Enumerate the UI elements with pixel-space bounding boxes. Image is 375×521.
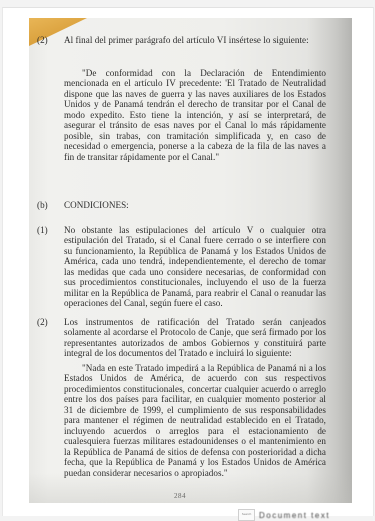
section-marker: (1) [37,225,48,235]
section-marker: (b) [37,200,48,210]
document-viewer-frame: (2) Al final del primer parágrafo del ar… [2,7,374,515]
section-heading: CONDICIONES: [64,200,326,210]
section-quote: "Nada en este Tratado impedirá a la Repú… [64,363,326,478]
scanned-page: (2) Al final del primer parágrafo del ar… [29,18,352,503]
section-text: No obstante las estipulaciones del artíc… [64,225,326,309]
page-number: 284 [174,492,186,500]
section-text: Al final del primer parágrafo del artícu… [64,35,326,45]
section-text: Los instrumentos de ratificación del Tra… [64,317,326,359]
section-marker: (2) [37,35,48,45]
section-marker: (2) [37,317,48,327]
section-quote: "De conformidad con la Declaración de En… [64,68,326,162]
search-thumbnail-button[interactable]: Search [238,509,255,515]
footer-caption: Document text [259,511,330,515]
